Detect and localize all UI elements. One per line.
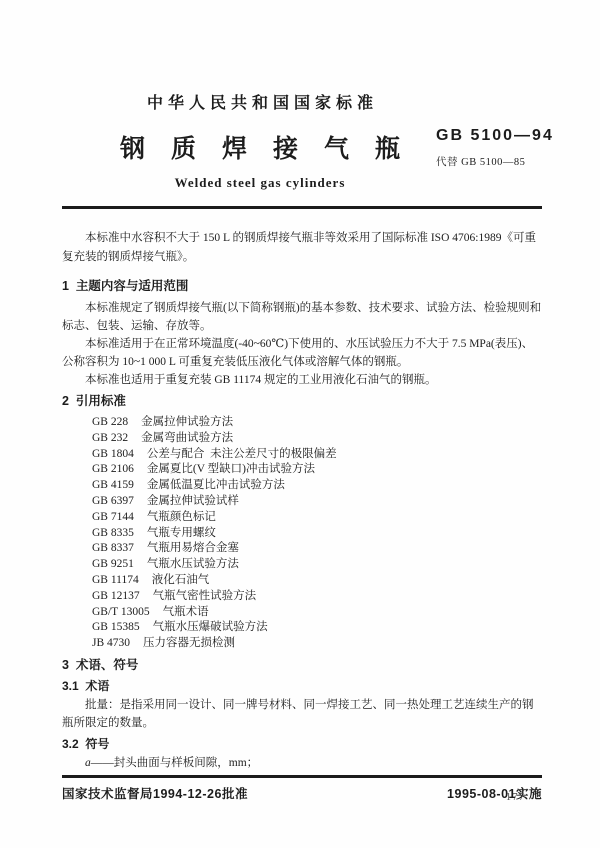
reference-row: GB 1804公差与配合 未注公差尺寸的极限偏差 [62, 447, 542, 463]
reference-title: 液化石油气 [152, 574, 210, 586]
replaces-note: 代替 GB 5100—85 [436, 154, 554, 169]
reference-row: GB 7144气瓶颜色标记 [62, 510, 542, 526]
reference-code: GB 6397 [92, 495, 134, 507]
symbol-definition: a——封头曲面与样板间隙，mm； [62, 754, 542, 772]
standard-title-en: Welded steel gas cylinders [60, 175, 460, 191]
reference-title: 气瓶颜色标记 [147, 511, 216, 523]
reference-title: 金属拉伸试验试样 [147, 495, 239, 507]
reference-title: 气瓶专用螺纹 [147, 527, 216, 539]
reference-row: GB/T 13005气瓶术语 [62, 605, 542, 621]
reference-title: 气瓶用易熔合金塞 [147, 542, 239, 554]
section-3-2-heading: 3.2 符号 [62, 735, 542, 753]
reference-code: GB 2106 [92, 463, 134, 475]
reference-code: GB/T 13005 [92, 606, 150, 618]
section-1-paragraph-2: 本标准适用于在正常环境温度(-40~60℃)下使用的、水压试验压力不大于 7.5… [62, 335, 542, 371]
section-1-paragraph-1: 本标准规定了钢质焊接气瓶(以下简称钢瓶)的基本参数、技术要求、试验方法、检验规则… [62, 299, 542, 335]
standard-document-page: 中华人民共和国国家标准 钢质焊接气瓶 Welded steel gas cyli… [0, 0, 600, 848]
reference-title: 气瓶水压爆破试验方法 [153, 621, 268, 633]
reference-title: 公差与配合 未注公差尺寸的极限偏差 [147, 448, 337, 460]
approval-text: 国家技术监督局1994-12-26批准 [62, 785, 248, 803]
reference-row: GB 232金属弯曲试验方法 [62, 431, 542, 447]
reference-code: GB 1804 [92, 448, 134, 460]
reference-code: JB 4730 [92, 637, 130, 649]
reference-row: GB 228金属拉伸试验方法 [62, 415, 542, 431]
reference-code: GB 4159 [92, 479, 134, 491]
reference-standards-list: GB 228金属拉伸试验方法 GB 232金属弯曲试验方法 GB 1804公差与… [62, 415, 542, 652]
reference-row: GB 12137气瓶气密性试验方法 [62, 589, 542, 605]
reference-row: GB 15385气瓶水压爆破试验方法 [62, 620, 542, 636]
document-header: 中华人民共和国国家标准 钢质焊接气瓶 Welded steel gas cyli… [0, 0, 600, 218]
section-3-1-heading: 3.1 术语 [62, 677, 542, 695]
reference-title: 金属拉伸试验方法 [141, 416, 233, 428]
document-body: 本标准中水容积不大于 150 L 的钢质焊接气瓶非等效采用了国际标准 ISO 4… [0, 229, 600, 803]
symbol-a-description: ——封头曲面与样板间隙，mm； [91, 757, 258, 769]
reference-code: GB 11174 [92, 574, 139, 586]
reference-code: GB 7144 [92, 511, 134, 523]
reference-row: GB 9251气瓶水压试验方法 [62, 557, 542, 573]
page-number: 177 [506, 792, 526, 803]
implementation-text: 1995-08-01实施 [447, 785, 542, 803]
reference-title: 金属夏比(V 型缺口)冲击试验方法 [147, 463, 315, 475]
section-3-heading: 3 术语、符号 [62, 656, 542, 674]
reference-code: GB 9251 [92, 558, 134, 570]
section-1-paragraph-3: 本标准也适用于重复充装 GB 11174 规定的工业用液化石油气的钢瓶。 [62, 371, 542, 389]
standard-title-cn: 钢质焊接气瓶 [60, 129, 460, 165]
reference-title: 气瓶术语 [163, 606, 209, 618]
section-1-heading: 1 主题内容与适用范围 [62, 277, 542, 295]
foreword-paragraph: 本标准中水容积不大于 150 L 的钢质焊接气瓶非等效采用了国际标准 ISO 4… [62, 229, 542, 267]
reference-code: GB 8337 [92, 542, 134, 554]
document-footer: 国家技术监督局1994-12-26批准 1995-08-01实施 [62, 778, 542, 803]
batch-definition-paragraph: 批量：是指采用同一设计、同一牌号材料、同一焊接工艺、同一热处理工艺连续生产的钢瓶… [62, 696, 542, 732]
reference-row: GB 8337气瓶用易熔合金塞 [62, 541, 542, 557]
reference-row: GB 11174液化石油气 [62, 573, 542, 589]
standard-number-block: GB 5100—94 代替 GB 5100—85 [436, 127, 554, 169]
reference-title: 金属低温夏比冲击试验方法 [147, 479, 285, 491]
reference-row: GB 8335气瓶专用螺纹 [62, 526, 542, 542]
reference-row: GB 4159金属低温夏比冲击试验方法 [62, 478, 542, 494]
standard-number: GB 5100—94 [436, 127, 554, 145]
reference-row: GB 2106金属夏比(V 型缺口)冲击试验方法 [62, 462, 542, 478]
reference-row: GB 6397金属拉伸试验试样 [62, 494, 542, 510]
reference-row: JB 4730压力容器无损检测 [62, 636, 542, 652]
reference-code: GB 232 [92, 432, 128, 444]
reference-title: 压力容器无损检测 [143, 637, 235, 649]
reference-title: 金属弯曲试验方法 [141, 432, 233, 444]
national-standard-label: 中华人民共和国国家标准 [60, 90, 460, 113]
section-2-heading: 2 引用标准 [62, 392, 542, 410]
reference-code: GB 12137 [92, 590, 140, 602]
header-divider-rule [62, 206, 542, 209]
reference-title: 气瓶水压试验方法 [147, 558, 239, 570]
reference-code: GB 8335 [92, 527, 134, 539]
reference-title: 气瓶气密性试验方法 [153, 590, 257, 602]
reference-code: GB 15385 [92, 621, 140, 633]
reference-code: GB 228 [92, 416, 128, 428]
